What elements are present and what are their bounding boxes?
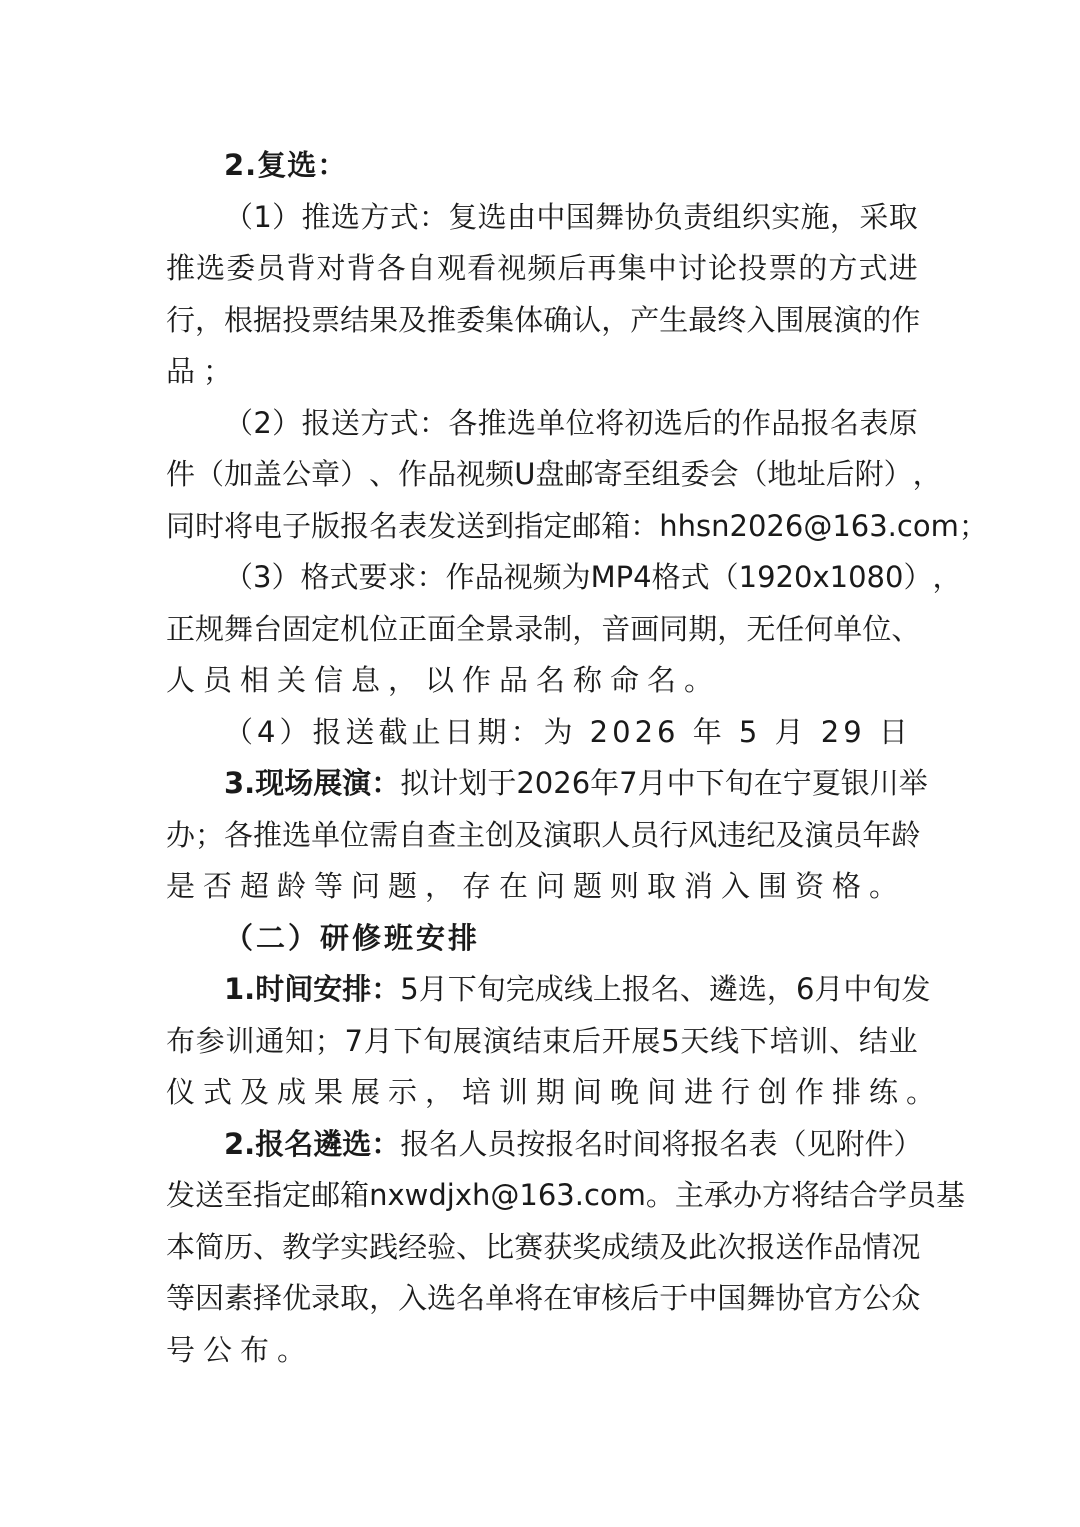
text-line: 1.时间安排：5月下旬完成线上报名、遴选，6月中旬发: [166, 964, 918, 1016]
text-line: 本简历、教学实践经验、比赛获奖成绩及此次报送作品情况: [166, 1222, 918, 1274]
text-line: 正规舞台固定机位正面全景录制，音画同期，无任何单位、: [166, 604, 918, 656]
text-line: （2）报送方式：各推选单位将初选后的作品报名表原: [166, 398, 918, 450]
text-line: 品；: [166, 346, 918, 398]
item-baoming-linxuan: 2.报名遴选：报名人员按报名时间将报名表（见附件） 发送至指定邮箱nxwdjxh…: [166, 1119, 918, 1377]
section-title-yanxiuban: （二）研修班安排: [166, 913, 918, 965]
item-jiezhi-riqi: （4）报送截止日期：为 2026 年 5 月 29 日: [166, 707, 918, 759]
item-tuixuan-fangshi: （1）推选方式：复选由中国舞协负责组织实施，采取 推选委员背对背各自观看视频后再…: [166, 192, 918, 398]
section-yanxiuban: （二）研修班安排: [166, 913, 918, 965]
section-title-fuxuan: 2.复选：: [166, 140, 918, 192]
text-line: 2.报名遴选：报名人员按报名时间将报名表（见附件）: [166, 1119, 918, 1171]
text-line: 等因素择优录取，入选名单将在审核后于中国舞协官方公众: [166, 1273, 918, 1325]
section-fuxuan: 2.复选：: [166, 140, 918, 192]
text-line: 行，根据投票结果及推委集体确认，产生最终入围展演的作: [166, 295, 918, 347]
document-page: 2.复选： （1）推选方式：复选由中国舞协负责组织实施，采取 推选委员背对背各自…: [166, 140, 918, 1376]
email-line: 同时将电子版报名表发送到指定邮箱：hhsn2026@163.com；: [166, 501, 918, 553]
item-geshi-yaoqiu: （3）格式要求：作品视频为MP4格式（1920x1080）， 正规舞台固定机位正…: [166, 552, 918, 707]
text-line: 人员相关信息，以作品名称命名。: [166, 655, 918, 707]
text-line: （4）报送截止日期：为 2026 年 5 月 29 日: [166, 707, 918, 759]
email-line: 发送至指定邮箱nxwdjxh@163.com。主承办方将结合学员基: [166, 1170, 918, 1222]
text-line: 3.现场展演：拟计划于2026年7月中下旬在宁夏银川举: [166, 758, 918, 810]
text-line: （1）推选方式：复选由中国舞协负责组织实施，采取: [166, 192, 918, 244]
text-line: 号公布。: [166, 1325, 918, 1377]
text-line: （3）格式要求：作品视频为MP4格式（1920x1080），: [166, 552, 918, 604]
section-xianchang-zhanyan: 3.现场展演：拟计划于2026年7月中下旬在宁夏银川举 办；各推选单位需自查主创…: [166, 758, 918, 913]
text-line: 推选委员背对背各自观看视频后再集中讨论投票的方式进: [166, 243, 918, 295]
item-shijian-anpai: 1.时间安排：5月下旬完成线上报名、遴选，6月中旬发 布参训通知；7月下旬展演结…: [166, 964, 918, 1119]
text-line: 布参训通知；7月下旬展演结束后开展5天线下培训、结业: [166, 1016, 918, 1068]
text-line: 是否超龄等问题，存在问题则取消入围资格。: [166, 861, 918, 913]
text-line: 仪式及成果展示，培训期间晚间进行创作排练。: [166, 1067, 918, 1119]
item-baosong-fangshi: （2）报送方式：各推选单位将初选后的作品报名表原 件（加盖公章）、作品视频U盘邮…: [166, 398, 918, 553]
text-line: 件（加盖公章）、作品视频U盘邮寄至组委会（地址后附），: [166, 449, 918, 501]
text-line: 办；各推选单位需自查主创及演职人员行风违纪及演员年龄: [166, 810, 918, 862]
